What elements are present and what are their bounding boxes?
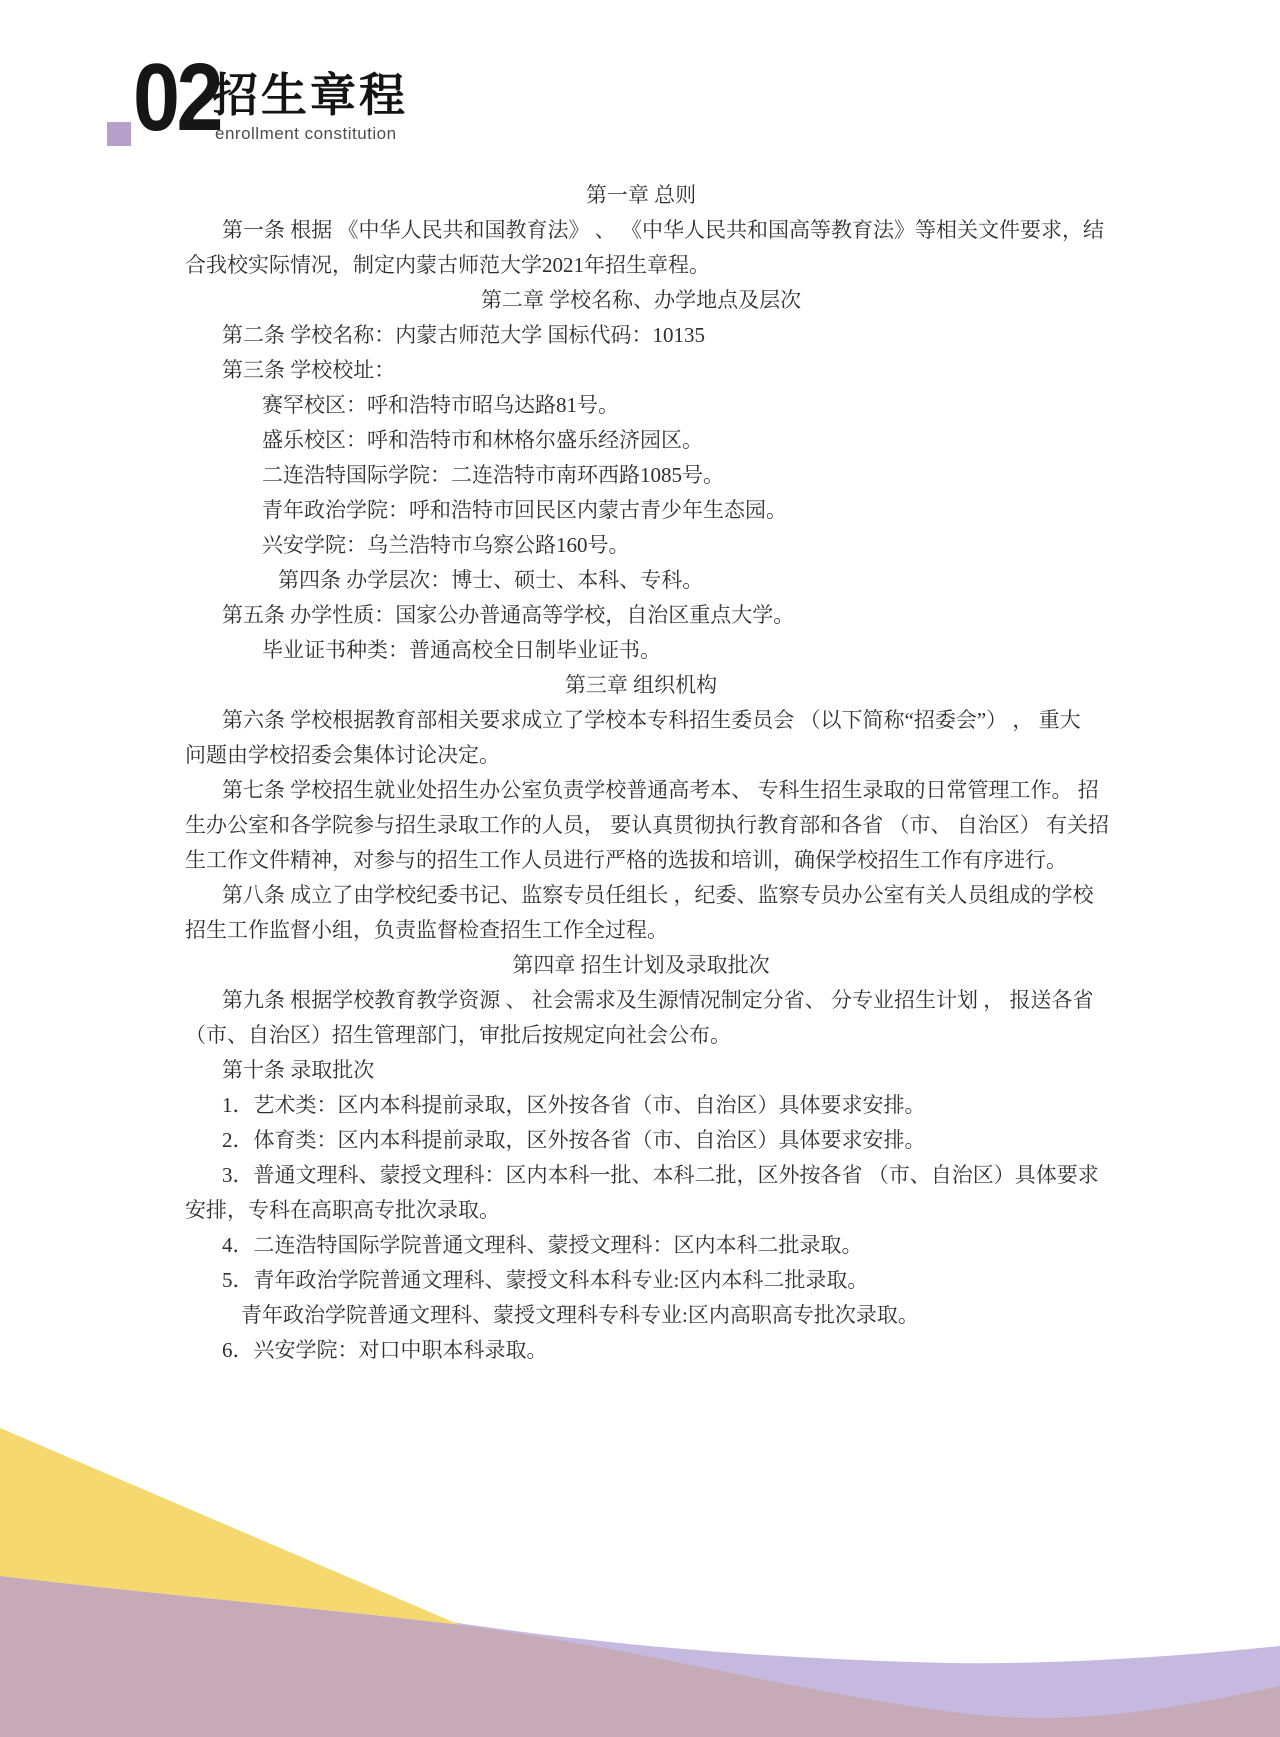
doc-line: 第八条 成立了由学校纪委书记、监察专员任组长 ，纪委、监察专员办公室有关人员组成… — [185, 878, 1097, 913]
doc-line: 第三章 组织机构 — [185, 668, 1097, 703]
doc-line: 第九条 根据学校教育教学资源 、 社会需求及生源情况制定分省、 分专业招生计划 … — [185, 983, 1097, 1018]
section-title: 招生章程 — [212, 70, 408, 120]
doc-line: 2．体育类：区内本科提前录取，区外按各省（市、自治区）具体要求安排。 — [185, 1123, 1097, 1158]
doc-line: 第六条 学校根据教育部相关要求成立了学校本专科招生委员会 （以下简称“招委会”）… — [185, 703, 1097, 738]
doc-line: 第七条 学校招生就业处招生办公室负责学校普通高考本、 专科生招生录取的日常管理工… — [185, 773, 1097, 808]
doc-line: 青年政治学院普通文理科、蒙授文理科专科专业:区内高职高专批次录取。 — [185, 1298, 1097, 1333]
doc-line: 生工作文件精神，对参与的招生工作人员进行严格的选拔和培训，确保学校招生工作有序进… — [185, 843, 1097, 878]
section-subtitle: enrollment constitution — [215, 124, 397, 144]
doc-line: 4．二连浩特国际学院普通文理科、蒙授文理科：区内本科二批录取。 — [185, 1228, 1097, 1263]
section-number: 02 — [133, 50, 220, 146]
doc-line: 第三条 学校校址： — [185, 353, 1097, 388]
doc-line: （市、自治区）招生管理部门，审批后按规定向社会公布。 — [185, 1018, 1097, 1053]
header: 02 招生章程 enrollment constitution — [0, 0, 1280, 170]
doc-line: 赛罕校区：呼和浩特市昭乌达路81号。 — [185, 388, 1097, 423]
doc-line: 第十条 录取批次 — [185, 1053, 1097, 1088]
doc-line: 生办公室和各学院参与招生录取工作的人员， 要认真贯彻执行教育部和各省 （市、 自… — [185, 808, 1097, 843]
doc-line: 第二条 学校名称：内蒙古师范大学 国标代码：10135 — [185, 318, 1097, 353]
doc-line: 第五条 办学性质：国家公办普通高等学校，自治区重点大学。 — [185, 598, 1097, 633]
doc-line: 问题由学校招委会集体讨论决定。 — [185, 738, 1097, 773]
wave-mauve-shape — [0, 1576, 1280, 1737]
doc-line: 盛乐校区：呼和浩特市和林格尔盛乐经济园区。 — [185, 423, 1097, 458]
doc-line: 二连浩特国际学院：二连浩特市南环西路1085号。 — [185, 458, 1097, 493]
doc-line: 安排，专科在高职高专批次录取。 — [185, 1193, 1097, 1228]
accent-square-decoration — [107, 122, 131, 146]
doc-line: 5．青年政治学院普通文理科、蒙授文科本科专业:区内本科二批录取。 — [185, 1263, 1097, 1298]
doc-line: 兴安学院：乌兰浩特市乌察公路160号。 — [185, 528, 1097, 563]
doc-line: 第一条 根据 《中华人民共和国教育法》 、 《中华人民共和国高等教育法》等相关文… — [185, 213, 1097, 248]
doc-line: 青年政治学院：呼和浩特市回民区内蒙古青少年生态园。 — [185, 493, 1097, 528]
doc-line: 6．兴安学院：对口中职本科录取。 — [185, 1333, 1097, 1368]
doc-line: 3．普通文理科、蒙授文理科：区内本科一批、本科二批，区外按各省 （市、自治区）具… — [185, 1158, 1097, 1193]
doc-line: 招生工作监督小组，负责监督检查招生工作全过程。 — [185, 913, 1097, 948]
doc-line: 合我校实际情况，制定内蒙古师范大学2021年招生章程。 — [185, 248, 1097, 283]
doc-line: 第一章 总则 — [185, 178, 1097, 213]
doc-line: 第四条 办学层次：博士、硕士、本科、专科。 — [185, 563, 1097, 598]
doc-line: 第四章 招生计划及录取批次 — [185, 948, 1097, 983]
doc-line: 毕业证书种类：普通高校全日制毕业证书。 — [185, 633, 1097, 668]
doc-line: 第二章 学校名称、办学地点及层次 — [185, 283, 1097, 318]
wave-yellow-shape — [0, 1428, 460, 1625]
page: 02 招生章程 enrollment constitution 第一章 总则第一… — [0, 0, 1280, 1737]
document-body: 第一章 总则第一条 根据 《中华人民共和国教育法》 、 《中华人民共和国高等教育… — [185, 178, 1097, 1368]
doc-line: 1．艺术类：区内本科提前录取，区外按各省（市、自治区）具体要求安排。 — [185, 1088, 1097, 1123]
wave-lavender-shape — [438, 1620, 1280, 1737]
